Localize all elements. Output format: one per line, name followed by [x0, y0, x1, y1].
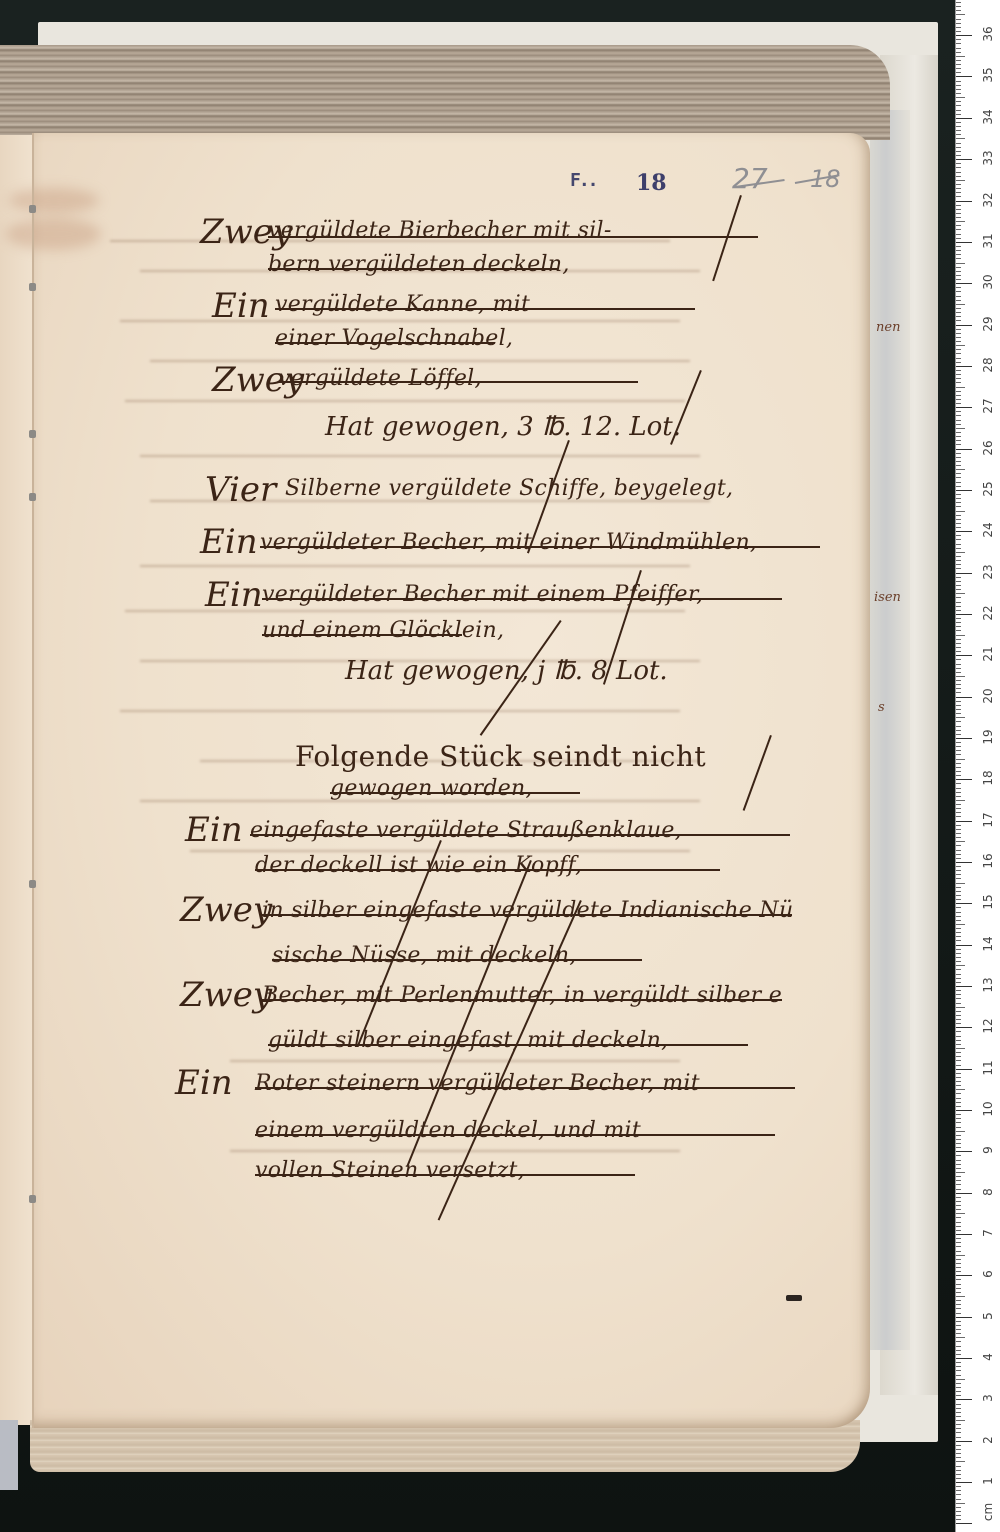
- ruler-tick: [956, 325, 972, 326]
- book-top-edge: [0, 45, 890, 140]
- ruler-tick: [956, 163, 961, 164]
- entry-text: sische Nüsse, mit deckeln,: [272, 943, 577, 968]
- ruler-cm-label: 34: [981, 104, 995, 130]
- ruler-tick: [956, 804, 961, 805]
- entry-lead-word: Ein: [200, 522, 258, 562]
- ruler-tick: [956, 31, 961, 32]
- entry-text: einem vergüldten deckel, und mit: [255, 1118, 641, 1143]
- ruler-tick: [956, 717, 965, 718]
- ruler-tick: [956, 928, 961, 929]
- ruler-tick: [956, 639, 961, 640]
- ruler-tick: [956, 1031, 961, 1032]
- ruler-tick: [956, 974, 961, 975]
- ruler-tick: [956, 76, 972, 77]
- ruler-tick: [956, 85, 961, 86]
- ruler-cm-label: 3: [981, 1385, 995, 1411]
- ruler-tick: [956, 229, 961, 230]
- entry-text: einer Vogelschnabel,: [275, 326, 513, 351]
- ruler-tick: [956, 1065, 961, 1066]
- ruler-cm-label: 35: [981, 62, 995, 88]
- ruler-tick: [956, 1420, 965, 1421]
- ruler-tick: [956, 1127, 961, 1128]
- ruler-tick: [956, 825, 961, 826]
- ruler-tick: [956, 862, 972, 863]
- ruler-tick: [956, 622, 961, 623]
- ruler-tick: [956, 535, 961, 536]
- ruler-tick: [956, 1284, 961, 1285]
- ruler-tick: [956, 1197, 961, 1198]
- ruler-tick: [956, 114, 961, 115]
- ruler-tick: [956, 539, 961, 540]
- ruler-tick: [956, 436, 961, 437]
- ruler-tick: [956, 258, 961, 259]
- ruler-tick: [956, 64, 961, 65]
- ruler-tick: [956, 1155, 961, 1156]
- ruler-tick: [956, 1213, 965, 1214]
- ruler-tick: [956, 738, 972, 739]
- ruler-tick: [956, 370, 961, 371]
- ruler-tick: [956, 763, 961, 764]
- ruler-cm-label: 4: [981, 1344, 995, 1370]
- ruler-tick: [956, 1358, 972, 1359]
- ruler-tick: [956, 593, 965, 594]
- ruler-tick: [956, 878, 961, 879]
- ruler-tick: [956, 1172, 965, 1173]
- ruler-tick: [956, 1176, 961, 1177]
- ruler-tick: [956, 891, 961, 892]
- ruler-tick: [956, 213, 961, 214]
- ruler-tick: [956, 1321, 961, 1322]
- ruler-tick: [956, 1317, 972, 1318]
- ruler-cm-label: 33: [981, 145, 995, 171]
- ruler-tick: [956, 498, 961, 499]
- margin-note: s: [878, 700, 885, 715]
- ruler-cm-label: 21: [981, 641, 995, 667]
- ruler-tick: [956, 1354, 961, 1355]
- ruler-tick: [956, 1325, 961, 1326]
- ruler-tick: [956, 221, 965, 222]
- ruler-tick: [956, 420, 961, 421]
- ruler-tick: [956, 1490, 961, 1491]
- ruler-tick: [956, 1040, 961, 1041]
- ruler-tick: [956, 1222, 961, 1223]
- ruler-tick: [956, 1387, 961, 1388]
- entry-lead-word: Ein: [175, 1063, 233, 1103]
- ruler-tick: [956, 635, 965, 636]
- ruler-tick: [956, 982, 961, 983]
- ruler-tick: [956, 1007, 965, 1008]
- ruler-tick: [956, 1362, 961, 1363]
- ruler-tick: [956, 415, 961, 416]
- ruler-tick: [956, 1346, 961, 1347]
- ruler-tick: [956, 1337, 965, 1338]
- ruler-tick: [956, 1180, 961, 1181]
- ruler-tick: [956, 1139, 961, 1140]
- ruler-tick: [956, 697, 972, 698]
- left-page-bottom: [0, 1420, 18, 1490]
- ruler-cm-label: 16: [981, 848, 995, 874]
- ruler-tick: [956, 866, 961, 867]
- ruler-tick: [956, 1160, 961, 1161]
- ruler-tick: [956, 1445, 961, 1446]
- ruler-tick: [956, 105, 961, 106]
- ruler-tick: [956, 552, 965, 553]
- ruler-tick: [956, 1437, 961, 1438]
- ruler-tick: [956, 1151, 972, 1152]
- binding-stitch: [29, 430, 36, 438]
- margin-note: isen: [874, 590, 901, 605]
- ruler-cm-label: 18: [981, 765, 995, 791]
- ruler-tick: [956, 291, 961, 292]
- ruler-cm-label: 15: [981, 889, 995, 915]
- ruler-tick: [956, 1102, 961, 1103]
- ruler-cm-label: 2: [981, 1427, 995, 1453]
- entry-text: und einem Glöcklein,: [262, 618, 504, 643]
- ruler-tick: [956, 746, 961, 747]
- ruler-tick: [956, 796, 961, 797]
- ruler-tick: [956, 870, 961, 871]
- ruler-tick: [956, 1069, 972, 1070]
- ruler-tick: [956, 1147, 961, 1148]
- entry-text: güldt silber eingefast, mit deckeln,: [268, 1028, 668, 1053]
- entry-lead-word: Ein: [185, 810, 243, 850]
- ruler-tick: [956, 1288, 961, 1289]
- ruler-cm-label: 30: [981, 269, 995, 295]
- ruler-tick: [956, 209, 961, 210]
- ruler-tick: [956, 1118, 961, 1119]
- ruler-tick: [956, 56, 965, 57]
- ruler-tick: [956, 924, 965, 925]
- ruler-tick: [956, 1027, 972, 1028]
- left-page-strip: [0, 135, 34, 1425]
- ruler-tick: [956, 1044, 961, 1045]
- ruler-tick: [956, 143, 961, 144]
- ruler-tick: [956, 172, 961, 173]
- ruler-tick: [956, 1230, 961, 1231]
- ruler-tick: [956, 899, 961, 900]
- ruler-tick: [956, 118, 972, 119]
- ruler-tick: [956, 1375, 961, 1376]
- ruler-tick: [956, 246, 961, 247]
- ruler-tick: [956, 713, 961, 714]
- ruler-tick: [956, 502, 961, 503]
- entry-lead-word: Zwey: [180, 890, 272, 930]
- ruler-tick: [956, 523, 961, 524]
- ruler-tick: [956, 1379, 965, 1380]
- ruler-cm-label: 9: [981, 1137, 995, 1163]
- ruler-tick: [956, 597, 961, 598]
- ruler-tick: [956, 449, 972, 450]
- ruler-tick: [956, 709, 961, 710]
- ruler-tick: [956, 1408, 961, 1409]
- gutter-fold: [32, 133, 34, 1428]
- ruler-tick: [956, 1110, 972, 1111]
- ruler-tick: [956, 969, 961, 970]
- ruler-tick: [956, 1077, 961, 1078]
- ruler-tick: [956, 254, 961, 255]
- ruler-tick: [956, 1329, 961, 1330]
- ruler-tick: [956, 560, 961, 561]
- ruler-tick: [956, 238, 961, 239]
- ruler-tick: [956, 837, 961, 838]
- ruler-tick: [956, 701, 961, 702]
- ruler-tick: [956, 1313, 961, 1314]
- ruler-tick: [956, 945, 972, 946]
- binding-stitch: [29, 1195, 36, 1203]
- ruler-tick: [956, 573, 972, 574]
- ruler-tick: [956, 1164, 961, 1165]
- entry-text: bern vergüldeten deckeln,: [268, 252, 570, 277]
- ruler-tick: [956, 564, 961, 565]
- ruler-cm-label: 28: [981, 352, 995, 378]
- ruler-tick: [956, 43, 961, 44]
- ruler-tick: [956, 1122, 961, 1123]
- ruler-tick: [956, 1424, 961, 1425]
- ruler-tick: [956, 581, 961, 582]
- ruler-tick: [956, 1432, 961, 1433]
- ruler-tick: [956, 940, 961, 941]
- ruler-tick: [956, 614, 972, 615]
- ruler-tick: [956, 1060, 961, 1061]
- ruler-tick: [956, 453, 961, 454]
- ruler-cm-label: 13: [981, 972, 995, 998]
- entry-text: Roter steinern vergüldeter Becher, mit: [255, 1071, 700, 1096]
- ruler-tick: [956, 411, 961, 412]
- ruler-tick: [956, 1383, 961, 1384]
- ruler-tick: [956, 287, 961, 288]
- ruler-tick: [956, 6, 961, 7]
- entry-text: Becher, mit Perlenmutter, in vergüldt si…: [262, 983, 782, 1008]
- ruler-cm-label: 6: [981, 1261, 995, 1287]
- ruler-tick: [956, 300, 961, 301]
- ruler-tick: [956, 320, 961, 321]
- weight-total: Hat gewogen, 3 ℔. 12. Lot.: [325, 412, 681, 442]
- ruler-tick: [956, 134, 961, 135]
- ruler-cm-label: 32: [981, 187, 995, 213]
- ruler-tick: [956, 1523, 972, 1524]
- ruler-tick: [956, 180, 965, 181]
- ruler-tick: [956, 1085, 961, 1086]
- binding-stitch: [29, 493, 36, 501]
- ruler-tick: [956, 833, 961, 834]
- ruler-tick: [956, 316, 961, 317]
- ruler-tick: [956, 81, 961, 82]
- ruler-tick: [956, 994, 961, 995]
- entry-text: vergüldete Kanne, mit: [275, 292, 530, 317]
- ruler-tick: [956, 242, 972, 243]
- ruler-tick: [956, 1350, 961, 1351]
- ruler-tick: [956, 1461, 965, 1462]
- ruler-tick: [956, 482, 961, 483]
- binding-stitch: [29, 880, 36, 888]
- ruler-tick: [956, 742, 961, 743]
- ruler-tick: [956, 27, 961, 28]
- pencil-folio-old: 27: [732, 162, 768, 195]
- ruler-tick: [956, 130, 961, 131]
- ruler-tick: [956, 138, 965, 139]
- binding-stitch: [29, 205, 36, 213]
- ruler-tick: [956, 684, 961, 685]
- ruler-tick: [956, 1209, 961, 1210]
- ruler-tick: [956, 610, 961, 611]
- ruler-tick: [956, 89, 961, 90]
- ruler-tick: [956, 965, 965, 966]
- ruler-tick: [956, 1036, 961, 1037]
- ruler-tick: [956, 1499, 961, 1500]
- ruler-tick: [956, 949, 961, 950]
- ruler-tick: [956, 337, 961, 338]
- ruler-cm-label: 29: [981, 311, 995, 337]
- ruler-tick: [956, 1292, 961, 1293]
- folio-number-stamp: 18: [636, 170, 667, 196]
- ruler-tick: [956, 263, 965, 264]
- ruler-tick: [956, 428, 965, 429]
- ruler-tick: [956, 920, 961, 921]
- ruler-tick: [956, 279, 961, 280]
- ruler-tick: [956, 184, 961, 185]
- ruler-tick: [956, 1449, 961, 1450]
- ruler-tick: [956, 1019, 961, 1020]
- ruler-tick: [956, 432, 961, 433]
- ruler-tick: [956, 366, 972, 367]
- ruler-tick: [956, 2, 961, 3]
- ruler-tick: [956, 333, 961, 334]
- ruler-tick: [956, 1131, 965, 1132]
- ruler-tick: [956, 544, 961, 545]
- weight-total: Hat gewogen, j ℔. 8 Lot.: [345, 656, 668, 686]
- ruler-tick: [956, 767, 961, 768]
- ruler-cm-label: 24: [981, 517, 995, 543]
- ruler-tick: [956, 874, 961, 875]
- ruler-tick: [956, 465, 961, 466]
- ruler-tick: [956, 1399, 972, 1400]
- ruler-tick: [956, 341, 961, 342]
- ruler-tick: [956, 126, 961, 127]
- ruler-tick: [956, 647, 961, 648]
- ruler-tick: [956, 1023, 961, 1024]
- ruler-tick: [956, 378, 961, 379]
- ruler-cm-label: 5: [981, 1303, 995, 1329]
- ruler-tick: [956, 1238, 961, 1239]
- ruler-tick: [956, 1189, 961, 1190]
- ruler-tick: [956, 225, 961, 226]
- ruler-tick: [956, 308, 961, 309]
- entry-text: in silber eingefaste vergüldete Indianis…: [262, 898, 792, 923]
- ruler-tick: [956, 730, 961, 731]
- ruler-tick: [956, 234, 961, 235]
- ruler-tick: [956, 850, 961, 851]
- ruler-tick: [956, 374, 961, 375]
- ruler-tick: [956, 1263, 961, 1264]
- ruler-tick: [956, 349, 961, 350]
- ruler-tick: [956, 440, 961, 441]
- ruler-tick: [956, 304, 965, 305]
- ruler-tick: [956, 1168, 961, 1169]
- ruler-tick: [956, 771, 961, 772]
- ruler-tick: [956, 1300, 961, 1301]
- ruler-tick: [956, 630, 961, 631]
- ruler-tick: [956, 1395, 961, 1396]
- ruler-cm-label: 27: [981, 393, 995, 419]
- ruler-tick: [956, 1098, 961, 1099]
- ruler-tick: [956, 403, 961, 404]
- ruler-tick: [956, 618, 961, 619]
- ruler-tick: [956, 688, 961, 689]
- ruler-tick: [956, 916, 961, 917]
- ruler-tick: [956, 1255, 965, 1256]
- ruler-tick: [956, 457, 961, 458]
- ruler-tick: [956, 97, 965, 98]
- ruler-cm-label: 20: [981, 683, 995, 709]
- ruler-tick: [956, 895, 961, 896]
- ruler-tick: [956, 721, 961, 722]
- ruler-tick: [956, 556, 961, 557]
- ruler-tick: [956, 192, 961, 193]
- ruler-tick: [956, 676, 965, 677]
- ruler-tick: [956, 19, 961, 20]
- ruler-tick: [956, 961, 961, 962]
- ruler-tick: [956, 602, 961, 603]
- ruler-cm-label: 22: [981, 600, 995, 626]
- ruler-tick: [956, 1114, 961, 1115]
- ruler-tick: [956, 816, 961, 817]
- insect-mark: [786, 1295, 802, 1301]
- ruler-tick: [956, 35, 972, 36]
- ruler-tick: [956, 151, 961, 152]
- ruler-tick: [956, 626, 961, 627]
- ruler-tick: [956, 159, 972, 160]
- section-heading: Folgende Stück seindt nicht: [295, 740, 706, 773]
- ruler-tick: [956, 511, 965, 512]
- ruler-tick: [956, 283, 972, 284]
- archive-stamp: F..: [570, 170, 597, 191]
- entry-text: vergüldeter Becher mit einem Pfeiffer,: [262, 582, 704, 607]
- ruler-tick: [956, 1093, 961, 1094]
- section-subheading: gewogen worden,: [330, 776, 533, 801]
- ruler-tick: [956, 490, 972, 491]
- ruler-tick: [956, 1441, 972, 1442]
- ruler-tick: [956, 444, 961, 445]
- ruler-tick: [956, 705, 961, 706]
- ruler-tick: [956, 548, 961, 549]
- ruler-tick: [956, 196, 961, 197]
- ruler-tick: [956, 990, 961, 991]
- ruler-tick: [956, 486, 961, 487]
- ruler-tick: [956, 912, 961, 913]
- ruler-tick: [956, 812, 961, 813]
- ruler-tick: [956, 754, 961, 755]
- ruler-tick: [956, 271, 961, 272]
- ruler-tick: [956, 779, 972, 780]
- ruler-tick: [956, 93, 961, 94]
- ruler-tick: [956, 1135, 961, 1136]
- ruler-tick: [956, 978, 961, 979]
- ruler-tick: [956, 382, 961, 383]
- ruler-tick: [956, 907, 961, 908]
- ruler-tick: [956, 651, 961, 652]
- ruler-cm-label: 10: [981, 1096, 995, 1122]
- ruler-tick: [956, 1515, 961, 1516]
- ruler-tick: [956, 1470, 961, 1471]
- ruler-tick: [956, 519, 961, 520]
- ruler-tick: [956, 759, 965, 760]
- ruler-tick: [956, 1466, 961, 1467]
- ruler-tick: [956, 477, 961, 478]
- entry-lead-word: Ein: [212, 286, 270, 326]
- ruler-cm-label: 11: [981, 1055, 995, 1081]
- ruler-tick: [956, 387, 965, 388]
- ruler-tick: [956, 296, 961, 297]
